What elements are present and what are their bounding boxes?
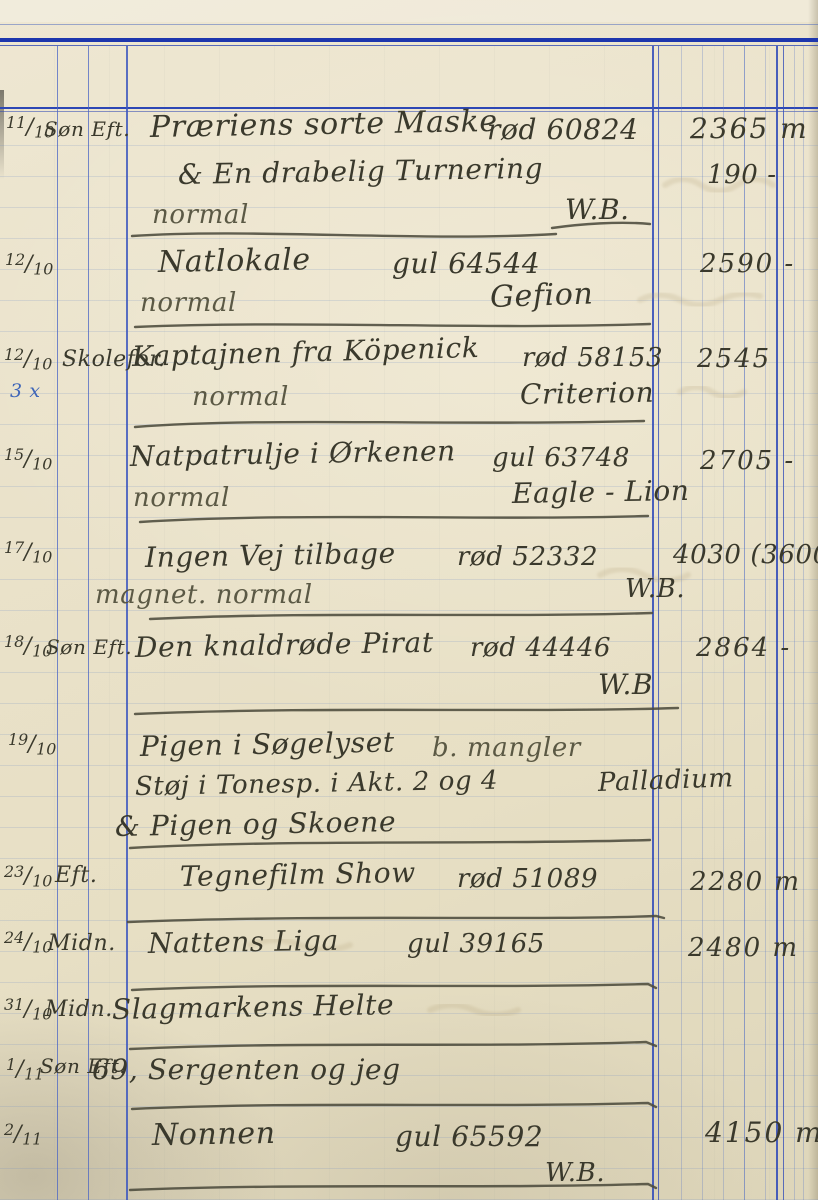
- film-title: Tegnefilm Show: [180, 856, 416, 893]
- screening-count-mark: 3 x: [10, 380, 41, 402]
- film-title: Præriens sorte Maske: [150, 104, 498, 145]
- extra-film-title: & Pigen og Skoene: [115, 805, 397, 843]
- distributor: Eagle - Lion: [512, 474, 690, 510]
- tech-note: normal: [192, 382, 289, 412]
- entry-day: Midn.: [48, 931, 116, 956]
- tech-note: normal: [133, 483, 230, 513]
- film-title: Kaptajnen fra Köpenick: [132, 331, 480, 373]
- film-length: 2864 -: [696, 633, 791, 663]
- tech-note: normal: [152, 200, 249, 230]
- censor-code: gul 63748: [492, 443, 630, 473]
- film-length: 2365 m: [690, 112, 809, 145]
- film-title: Natlokale: [158, 242, 311, 280]
- tech-note: magnet. normal: [95, 580, 313, 610]
- distributor-sign: W.B.: [625, 574, 685, 604]
- entry-date: 19/10: [8, 730, 56, 759]
- entry-date: 2/11: [4, 1120, 42, 1149]
- censor-code: gul 64544: [392, 247, 540, 280]
- film-length: 2545: [697, 344, 771, 374]
- entry-date: 1/11: [6, 1055, 44, 1084]
- entries: 11/10 Søn Eft. Præriens sorte Maske rød …: [0, 0, 818, 1200]
- entry-date: 24/10: [4, 928, 52, 957]
- condition-note: b. mangler: [432, 733, 581, 763]
- distributor-sign: W.B.: [545, 1158, 605, 1188]
- censor-code: rød 58153: [522, 343, 663, 373]
- distributor: Criterion: [520, 376, 655, 411]
- entry-day: Eft.: [55, 863, 97, 888]
- extra-film-length: 190 -: [707, 160, 777, 190]
- entry-date: 15/10: [4, 445, 52, 474]
- censor-code: gul 65592: [395, 1120, 543, 1153]
- film-length: 4030 (3600): [673, 540, 818, 570]
- extra-film-title: & En drabelig Turnering: [178, 152, 544, 191]
- ledger-page: 11/10 Søn Eft. Præriens sorte Maske rød …: [0, 0, 818, 1200]
- film-title: Ingen Vej tilbage: [145, 537, 396, 574]
- distributor-sign: W.B.: [565, 193, 630, 226]
- censor-code: rød 60824: [487, 113, 639, 146]
- tech-note: normal: [140, 288, 237, 318]
- film-title: Nonnen: [152, 1116, 276, 1153]
- censor-code: rød 51089: [457, 864, 598, 894]
- entry-date: 12/10: [5, 250, 53, 279]
- film-title: Pigen i Søgelyset: [140, 726, 395, 763]
- censor-code: rød 44446: [470, 633, 611, 663]
- film-length: 2480 m: [688, 933, 799, 963]
- film-title: Den knaldrøde Pirat: [135, 626, 434, 664]
- entry-day: Søn Eft.: [46, 635, 132, 659]
- entry-day: Midn.: [45, 997, 113, 1022]
- entry-day: Søn Eft.: [44, 117, 130, 141]
- defect-note: Støj i Tonesp. i Akt. 2 og 4: [135, 766, 499, 802]
- film-length: 2705 -: [700, 446, 795, 476]
- entry-date: 23/10: [4, 862, 52, 891]
- film-length: 4150 m: [705, 1116, 818, 1149]
- film-title: Nattens Liga: [148, 924, 339, 960]
- film-title: 69, Sergenten og jeg: [92, 1053, 401, 1086]
- distributor: Palladium: [597, 763, 734, 798]
- film-length: 2280 m: [690, 867, 801, 897]
- film-length: 2590 -: [700, 249, 795, 279]
- entry-date: 17/10: [4, 538, 52, 567]
- distributor-sign: W.B: [598, 668, 653, 701]
- distributor: Gefion: [489, 276, 594, 315]
- entry-date: 12/10: [4, 345, 52, 374]
- film-title: Natpatrulje i Ørkenen: [130, 434, 456, 473]
- film-title: Slagmarkens Helte: [112, 988, 395, 1026]
- censor-code: rød 52332: [457, 542, 598, 572]
- censor-code: gul 39165: [407, 929, 545, 959]
